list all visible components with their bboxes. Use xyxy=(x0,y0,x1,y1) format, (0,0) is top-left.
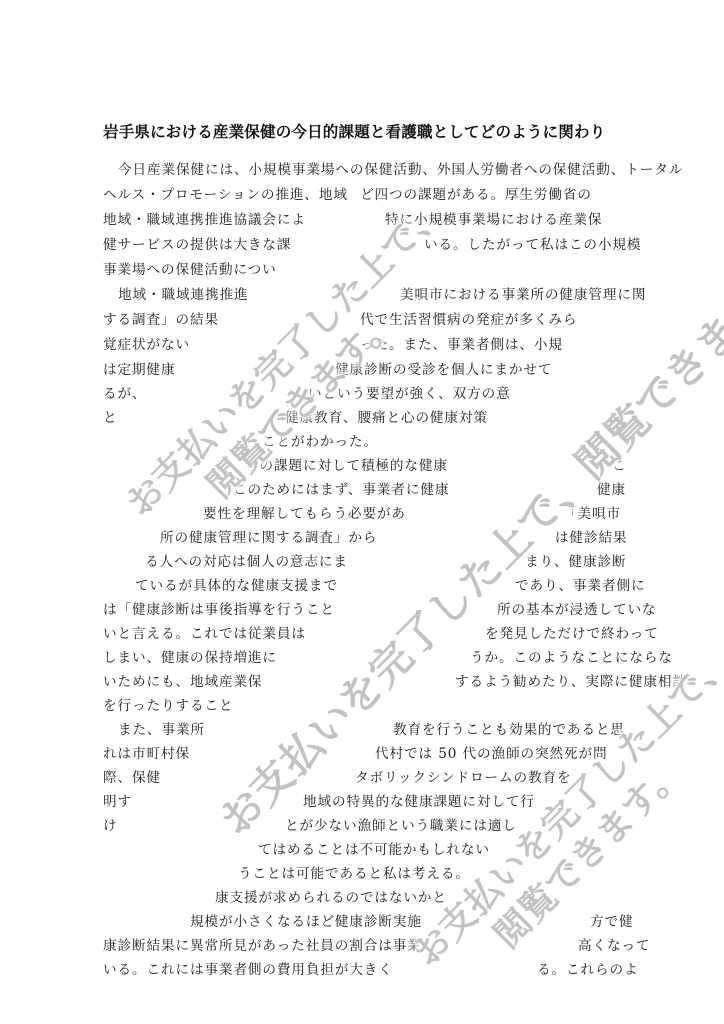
text-segment: る人への対応は個人の意志にま xyxy=(145,552,348,572)
text-segment: 康診断結果に異常所見があった社員の割合は事業 xyxy=(103,936,422,956)
text-segment: するよう勧めたり、実際に健康相談 xyxy=(455,672,687,692)
text-segment: ているが具体的な健康支援まで xyxy=(135,576,338,596)
text-line: ているが具体的な健康支援までであり、事業者側に xyxy=(0,576,724,596)
text-segment: とが少ない漁師という職業には適し xyxy=(285,816,517,836)
text-segment: け xyxy=(103,816,118,836)
text-line: 康診断結果に異常所見があった社員の割合は事業高くなって xyxy=(0,936,724,956)
text-line: るが、いという要望が強く、双方の意 xyxy=(0,384,724,404)
text-segment: と xyxy=(103,408,118,428)
text-line: うことは可能であると私は考える。 xyxy=(0,864,724,884)
text-segment: しまい、健康の保持増進に xyxy=(103,648,277,668)
text-line: は「健康診断は事後指導を行うこと所の基本が浸透していな xyxy=(0,600,724,620)
text-segment: は健診結果 xyxy=(555,528,627,548)
text-line: 規模が小さくなるほど健康診断実施方で健 xyxy=(0,912,724,932)
text-line: 今日産業保健には、小規模事業場への保健活動、外国人労働者への保健活動、トータル xyxy=(0,160,724,180)
text-segment: 所の基本が浸透していな xyxy=(497,600,656,620)
text-segment: まり、健康診断 xyxy=(525,552,626,572)
text-segment: 教育を行うことも効果的であると思 xyxy=(393,720,625,740)
text-segment: いためにも、地域産業保 xyxy=(103,672,262,692)
text-line: いと言える。これでは従業員はを発見しただけで終わって xyxy=(0,624,724,644)
text-segment: を行ったりすること xyxy=(103,696,233,716)
text-segment: 地域・職域連携推進 xyxy=(118,285,248,305)
text-segment: 高くなって xyxy=(578,936,650,956)
text-segment: いと言える。これでは従業員は xyxy=(103,624,306,644)
text-segment: れは市町村保 xyxy=(103,744,190,764)
text-segment: 明す xyxy=(103,792,132,812)
text-segment: ヘルス・プロモーションの推進、地域 xyxy=(103,185,348,205)
text-segment: 方で健 xyxy=(590,912,633,932)
text-segment: 地域・職域連携推進協議会によ xyxy=(103,210,306,230)
text-segment: を発見しただけで終わって xyxy=(485,624,659,644)
text-segment: タボリックシンドロームの教育を xyxy=(355,768,572,788)
document-title: 岩手県における産業保健の今日的課題と看護職としてどのように関わり xyxy=(103,120,605,142)
text-segment: は「健康診断は事後指導を行うこと xyxy=(103,600,335,620)
text-line: 要性を理解してもらう必要があ「美唄市 xyxy=(0,504,724,524)
text-line: このためにはまず、事業者に健康健康 xyxy=(0,480,724,500)
text-line: 所の健康管理に関する調査」からは健診結果 xyxy=(0,528,724,548)
text-line: 地域・職域連携推進協議会によ特に小規模事業場における産業保 xyxy=(0,210,724,230)
text-segment: 覚症状がない xyxy=(103,335,190,355)
text-segment: 要性を理解してもらう必要があ xyxy=(203,504,406,524)
text-segment: 代村では 50 代の漁師の突然死が問 xyxy=(375,744,607,764)
text-segment: 際、保健 xyxy=(103,768,161,788)
text-segment: うか。このようなことにならな xyxy=(470,648,673,668)
text-segment: てはめることは不可能かもしれない xyxy=(258,840,490,860)
document-page: 岩手県における産業保健の今日的課題と看護職としてどのように関わり 今日産業保健に… xyxy=(0,0,724,1024)
text-segment: また、事業所 xyxy=(118,720,205,740)
text-segment: このためにはまず、事業者に健康 xyxy=(233,480,449,500)
text-segment: 今日産業保健には、小規模事業場への保健活動、外国人労働者への保健活動、トータル xyxy=(118,160,683,180)
text-line: いる。これには事業者側の費用負担が大きくる。これらのよ xyxy=(0,960,724,980)
text-segment: であり、事業者側に xyxy=(515,576,645,596)
text-segment: 康支援が求められるのではないかと xyxy=(215,888,447,908)
text-segment: ど四つの課題がある。厚生労働省の xyxy=(360,185,592,205)
text-segment: する調査」の結果 xyxy=(103,310,219,330)
text-line: る人への対応は個人の意志にままり、健康診断 xyxy=(0,552,724,572)
text-segment: 規模が小さくなるほど健康診断実施 xyxy=(190,912,422,932)
text-segment: いる。これには事業者側の費用負担が大きく xyxy=(103,960,393,980)
text-segment: は定期健康 xyxy=(103,360,175,380)
text-segment: うことは可能であると私は考える。 xyxy=(238,864,470,884)
text-segment: る。これらのよ xyxy=(537,960,638,980)
text-segment: 健サービスの提供は大きな課 xyxy=(103,235,291,255)
text-segment: 地域の特異的な健康課題に対して行 xyxy=(303,792,535,812)
text-segment: るが、 xyxy=(103,384,146,404)
text-line: ヘルス・プロモーションの推進、地域ど四つの課題がある。厚生労働省の xyxy=(0,185,724,205)
text-line: 康支援が求められるのではないかと xyxy=(0,888,724,908)
text-segment: 事業場への保健活動につい xyxy=(103,260,277,280)
